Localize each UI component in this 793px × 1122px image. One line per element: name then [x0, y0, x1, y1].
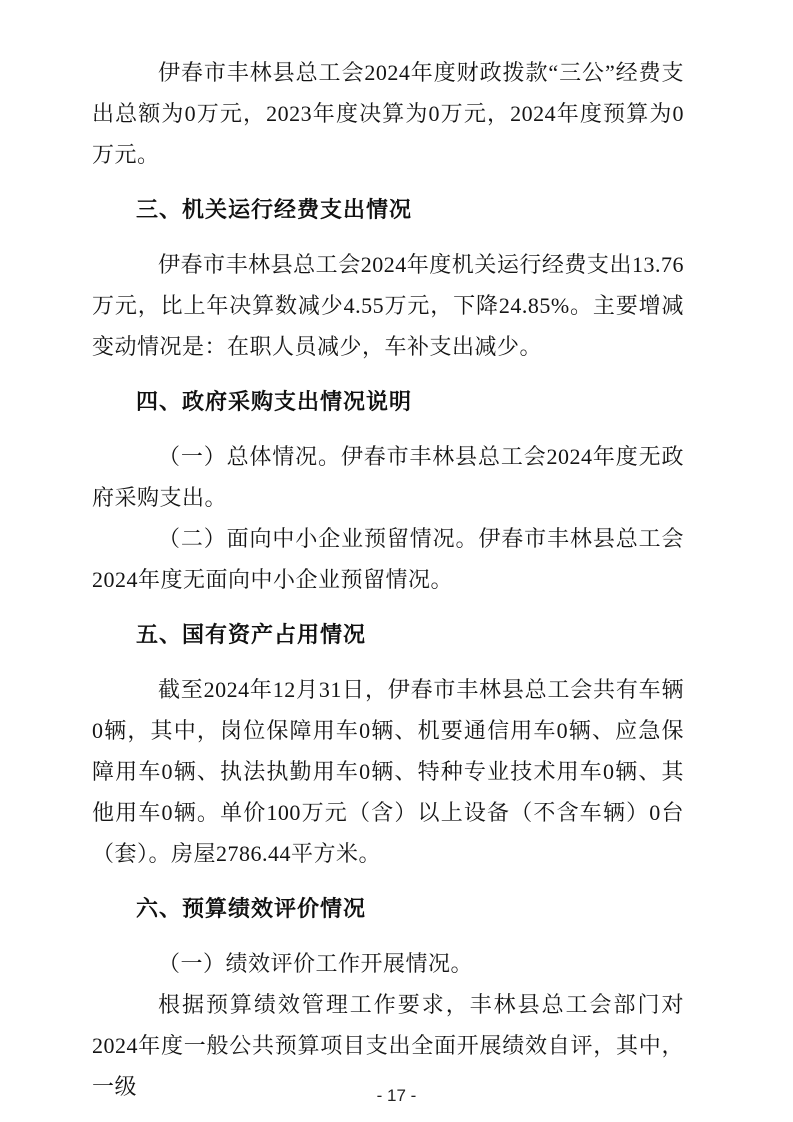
heading-gov-procurement: 四、政府采购支出情况说明: [92, 381, 684, 422]
para-procurement-overall: （一）总体情况。伊春市丰林县总工会2024年度无政府采购支出。: [92, 436, 684, 518]
heading-budget-performance: 六、预算绩效评价情况: [92, 888, 684, 929]
para-state-assets-detail: 截至2024年12月31日，伊春市丰林县总工会共有车辆0辆，其中，岗位保障用车0…: [92, 669, 684, 874]
para-procurement-sme-reserve: （二）面向中小企业预留情况。伊春市丰林县总工会2024年度无面向中小企业预留情况…: [92, 518, 684, 600]
page-number: - 17 -: [0, 1086, 793, 1106]
para-performance-evaluation-intro: （一）绩效评价工作开展情况。: [92, 943, 684, 984]
heading-operating-expense: 三、机关运行经费支出情况: [92, 189, 684, 230]
para-operating-expense-detail: 伊春市丰林县总工会2024年度机关运行经费支出13.76万元，比上年决算数减少4…: [92, 244, 684, 367]
para-sangong-expense-summary: 伊春市丰林县总工会2024年度财政拨款“三公”经费支出总额为0万元，2023年度…: [92, 52, 684, 175]
heading-state-assets: 五、国有资产占用情况: [92, 614, 684, 655]
document-page: 伊春市丰林县总工会2024年度财政拨款“三公”经费支出总额为0万元，2023年度…: [0, 0, 793, 1122]
document-body: 伊春市丰林县总工会2024年度财政拨款“三公”经费支出总额为0万元，2023年度…: [92, 52, 684, 1107]
